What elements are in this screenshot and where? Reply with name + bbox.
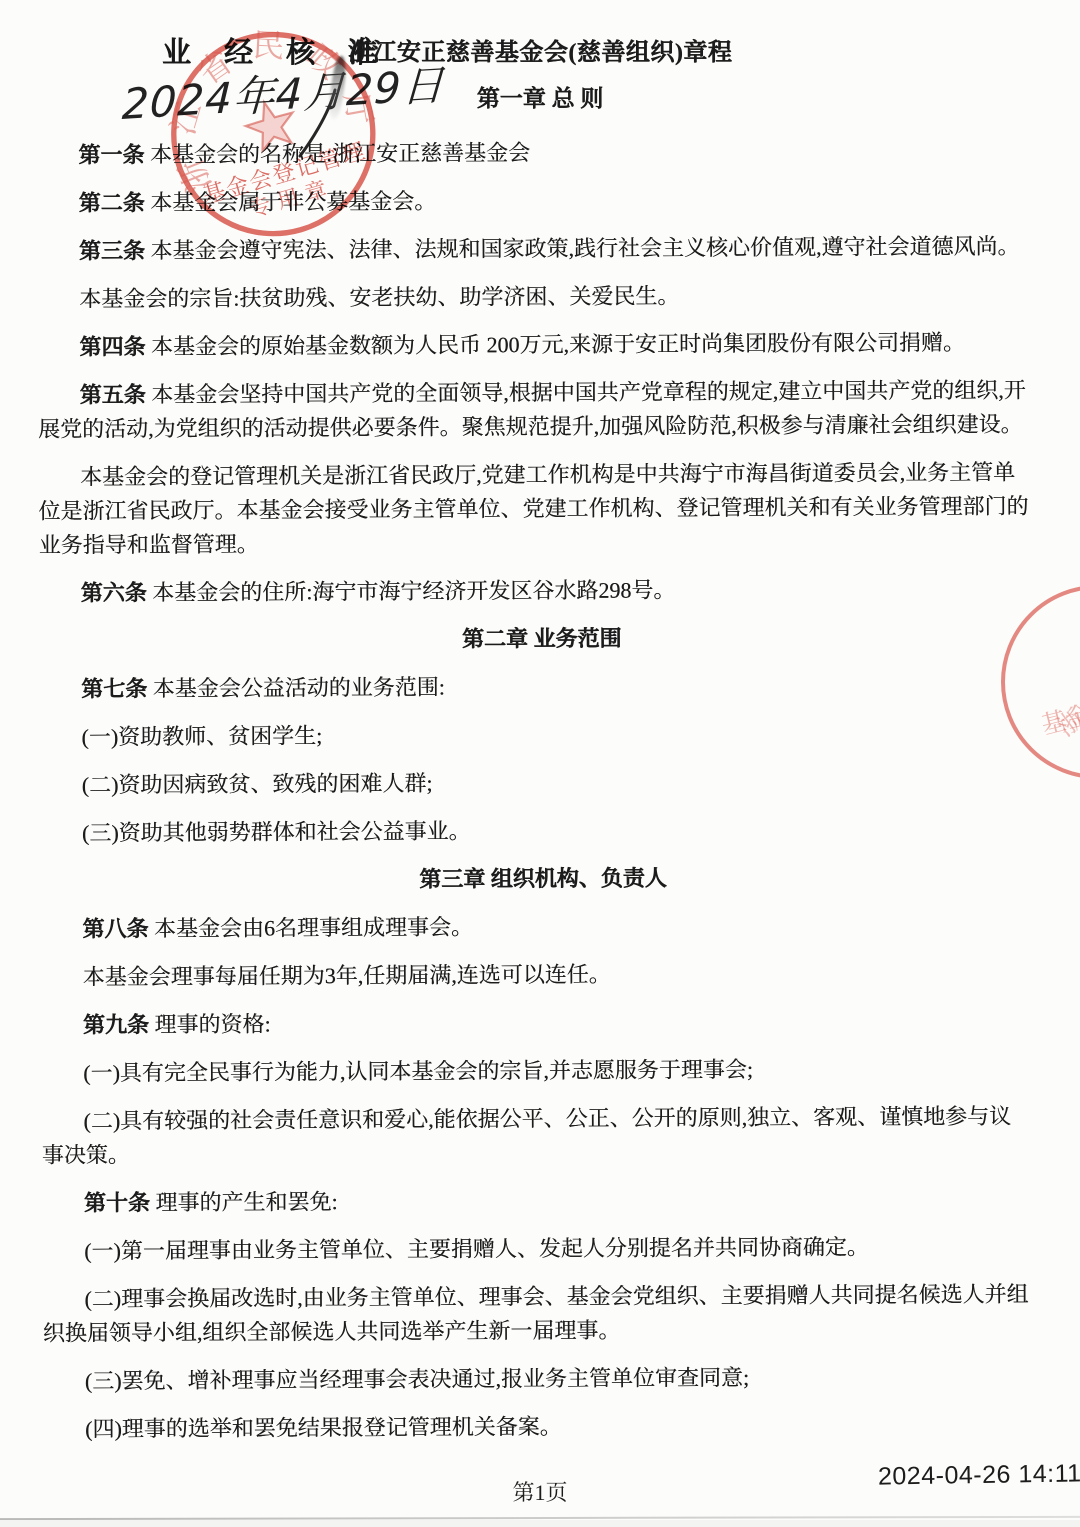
article-label: 第七条: [81, 676, 153, 701]
article-label: 第九条: [83, 1012, 155, 1037]
body-paragraph: (二)理事会换届改选时,由业务主管单位、理事会、基金会党组织、主要捐赠人共同提名…: [43, 1277, 1048, 1350]
article-label: 第八条: [82, 916, 154, 941]
scanned-document-page: 业经核准 2024年4月29日 浙江安正慈善基金会(慈善组织)章程 第一章 总 …: [0, 0, 1080, 1527]
chapter-heading: 第三章 组织机构、负责人: [40, 859, 1045, 898]
article-paragraph: 第四条 本基金会的原始基金数额为人民币 200万元,来源于安正时尚集团股份有限公…: [38, 325, 1043, 364]
article-paragraph: 第七条 本基金会公益活动的业务范围:: [39, 667, 1044, 706]
article-paragraph: 第五条 本基金会坚持中国共产党的全面领导,根据中国共产党章程的规定,建立中国共产…: [38, 373, 1043, 446]
body-paragraph: (三)罢免、增补理事应当经理事会表决通过,报业务主管单位审查同意;: [43, 1359, 1048, 1398]
article-label: 第一条: [78, 142, 150, 167]
body-paragraph: 本基金会的登记管理机关是浙江省民政厅,党建工作机构是中共海宁市海昌街道委员会,业…: [38, 455, 1044, 562]
article-label: 第五条: [80, 382, 152, 407]
footer-timestamp: 2024-04-26 14:11: [878, 1459, 1080, 1491]
article-paragraph: 第九条 理事的资格:: [41, 1003, 1046, 1042]
body-paragraph: (二)具有较强的社会责任意识和爱心,能依据公平、公正、公开的原则,独立、客观、谨…: [42, 1099, 1047, 1172]
chapter-heading: 第二章 业务范围: [39, 619, 1044, 658]
article-label: 第四条: [79, 334, 151, 359]
article-label: 第六条: [81, 580, 153, 605]
body-paragraph: (四)理事的选举和罢免结果报登记管理机关备案。: [43, 1407, 1048, 1446]
article-paragraph: 第八条 本基金会由6名理事组成理事会。: [41, 907, 1046, 946]
body-paragraph: (一)具有完全民事行为能力,认同本基金会的宗旨,并志愿服务于理事会;: [41, 1051, 1046, 1090]
partial-seal: 浙江省 基金: [988, 572, 1080, 797]
body-paragraph: 本基金会的宗旨:扶贫助残、安老扶幼、助学济困、关爱民生。: [37, 277, 1042, 316]
body-paragraph: (二)资助因病致贫、致残的困难人群;: [40, 763, 1045, 802]
seal-star-icon: [241, 95, 301, 153]
article-paragraph: 第六条 本基金会的住所:海宁市海宁经济开发区谷水路298号。: [39, 571, 1044, 610]
body-paragraph: (三)资助其他弱势群体和社会公益事业。: [40, 811, 1045, 850]
scan-bottom-strip: [0, 1520, 1080, 1527]
body-paragraph: 本基金会理事每届任期为3年,任期届满,连选可以连任。: [41, 955, 1046, 994]
article-paragraph: 第十条 理事的产生和罢免:: [42, 1181, 1047, 1220]
document-body: 第一条 本基金会的名称是:浙江安正慈善基金会第二条 本基金会属于非公募基金会。第…: [37, 133, 1049, 1460]
article-label: 第十条: [84, 1190, 156, 1215]
article-label: 第三条: [79, 238, 151, 263]
body-paragraph: (一)第一届理事由业务主管单位、主要捐赠人、发起人分别提名并共同协商确定。: [42, 1229, 1047, 1268]
article-label: 第二条: [79, 190, 151, 215]
body-paragraph: (一)资助教师、贫困学生;: [40, 715, 1045, 754]
partial-seal-circle: [1003, 587, 1080, 777]
article-paragraph: 第三条 本基金会遵守宪法、法律、法规和国家政策,践行社会主义核心价值观,遵守社会…: [37, 229, 1042, 268]
